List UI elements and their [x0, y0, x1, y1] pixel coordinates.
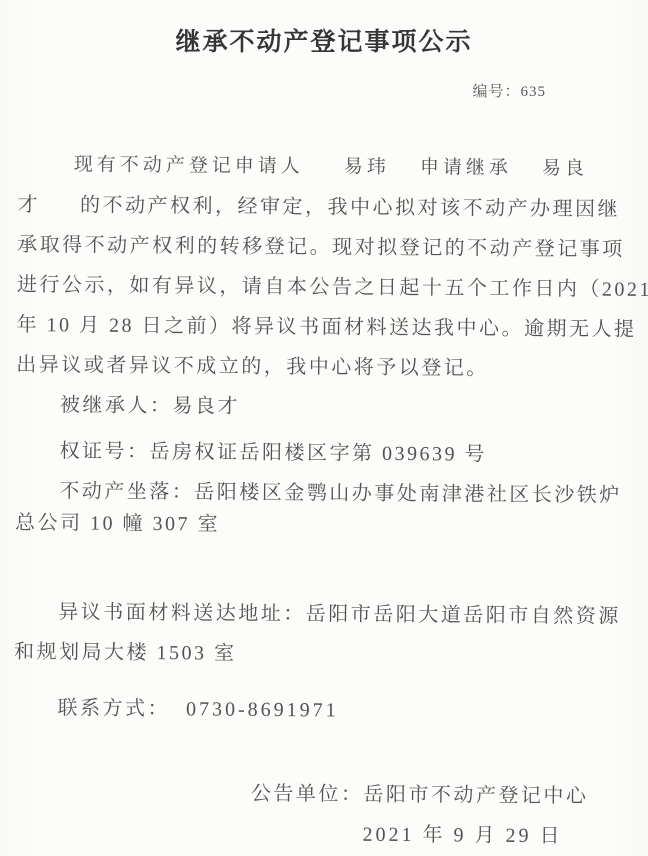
issuer-name: 岳阳市不动产登记中心	[363, 784, 588, 808]
page-title: 继承不动产登记事项公示	[0, 0, 648, 58]
notice-body: 现有不动产登记申请人易玮申请继承易良 才的不动产权利，经审定，我中心拟对该不动产…	[0, 145, 648, 856]
contact-line: 联系方式：0730-8691971	[0, 688, 644, 733]
decedent-name-part2: 才	[17, 194, 40, 216]
applicant-clause-prefix: 现有不动产登记申请人	[74, 154, 304, 177]
doc-number: 编号：635	[0, 82, 648, 102]
inherit-clause: 申请继承	[420, 157, 512, 179]
paragraph1-line2: 才的不动产权利，经审定，我中心拟对该不动产办理因继	[0, 185, 648, 230]
notice-date: 2021 年 9 月 29 日	[0, 812, 643, 856]
decedent-name-part1: 易良	[542, 158, 588, 179]
paragraph1-line6: 出异议或者异议不成立的，我中心将予以登记。	[0, 345, 646, 390]
issuer-label: 公告单位：	[251, 783, 364, 806]
objection-address-line1: 异议书面材料送达地址：岳阳市岳阳大道岳阳市自然资源	[0, 592, 644, 637]
paragraph1-line5: 年 10 月 28 日之前）将异议书面材料送达我中心。逾期无人提	[0, 305, 647, 350]
paragraph1-line3: 承取得不动产权利的转移登记。现对拟登记的不动产登记事项	[0, 225, 647, 270]
paragraph1-line4: 进行公示，如有异议，请自本公告之日起十五个工作日内（2021	[0, 265, 647, 310]
inheritance-notice-document: 继承不动产登记事项公示 编号：635 现有不动产登记申请人易玮申请继承易良 才的…	[0, 0, 648, 856]
objection-address-line2: 和规划局大楼 1503 室	[0, 632, 644, 677]
contact-phone: 0730-8691971	[186, 698, 339, 721]
paragraph1-line1: 现有不动产登记申请人易玮申请继承易良	[0, 145, 648, 190]
issuer-line: 公告单位：岳阳市不动产登记中心	[0, 772, 643, 817]
contact-label: 联系方式：	[57, 697, 170, 720]
paragraph1-line2-text: 的不动产权利，经审定，我中心拟对该不动产办理因继	[80, 194, 620, 220]
doc-number-label: 编号：	[472, 84, 520, 100]
applicant-name: 易玮	[344, 157, 390, 178]
decedent-line: 被继承人：易良才	[0, 385, 646, 430]
doc-number-value: 635	[521, 84, 547, 100]
certificate-number-line: 权证号：岳房权证岳阳楼区字第 039639 号	[0, 431, 646, 476]
